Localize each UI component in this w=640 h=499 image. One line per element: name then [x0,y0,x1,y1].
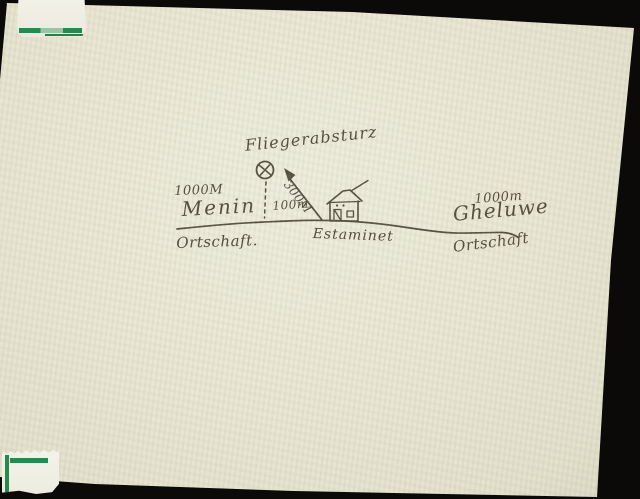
direction-arrow [284,168,322,220]
crash-site-marker-icon [257,162,274,179]
dashed-distance-line [265,182,267,218]
mounting-tab-green-stripe [19,28,82,33]
vertical-distance-label: 100m. [272,196,313,213]
stamp-hinge-bottom-left [2,448,59,494]
right-place-type-label: Ortschaft [452,229,530,256]
direction-arrow-line [290,179,322,220]
house-door [334,210,341,222]
sketch-drawing [0,0,640,499]
building-label: Estaminet [312,226,394,245]
road-line [177,220,518,237]
left-place-label: Menin [181,193,257,221]
arrow-distance-label: 300M [281,178,315,216]
house-window [347,211,354,217]
house-dot-2 [342,204,344,206]
mounting-tab-green-line [45,34,85,36]
scan-background: Fliegerabsturz 300M 100m. 1000M Menin Or… [0,0,640,499]
stamp-hinge-green-horizontal-stripe [10,458,48,463]
house-body [330,201,358,221]
house-roof-ridge [329,202,360,203]
house-icon [327,181,368,222]
house-dot-1 [336,204,338,206]
right-place-label: Gheluwe [452,194,550,226]
left-distance-label: 1000M [174,182,223,199]
house-roof [327,190,362,204]
left-place-type-label: Ortschaft. [176,231,258,252]
house-chimney-pole [351,181,368,192]
stamp-hinge-green-vertical-stripe [5,455,9,492]
paper-sheet: Fliegerabsturz 300M 100m. 1000M Menin Or… [0,0,640,499]
right-distance-label: 1000m [474,189,523,207]
mounting-tab-top-left [17,0,86,37]
crash-site-title-label: Fliegerabsturz [244,122,378,155]
direction-arrow-head [284,168,296,182]
